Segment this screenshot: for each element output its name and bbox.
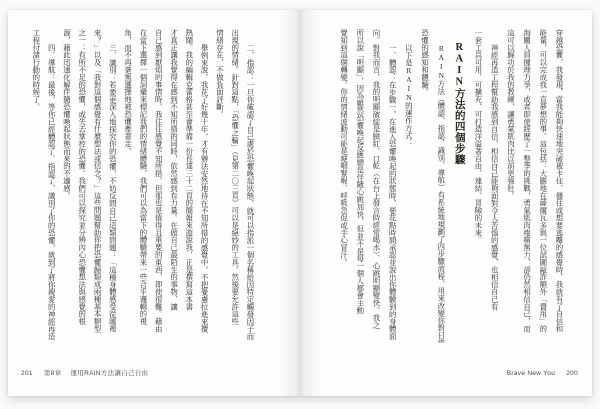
text-column: 海關人員據理力爭，或者即使經歷了一整季的挑戰，勇氣肌肉痠痛無力，卻仍然相信自己，… <box>518 29 534 343</box>
text-column: 四、導航：最後，等你已經體認了、指認了、識別了你的恐懼，就到了將你親愛的神經再造 <box>44 29 59 343</box>
text-column: 覺知到這個轉變。你的情緒波動可能是哽咽緊喉、呼吸急促或手心冒汗。 <box>335 29 351 343</box>
text-column: 來？」以及「我對這個感覺有什麼想法或信念？」這些問題幫助你把恐懼歸類成兩種基本類… <box>90 29 105 343</box>
text-column: 源，藉此迅速化解伴隨恐懼喚起狀態而來的不適感。 <box>59 29 74 343</box>
text-column: 三、識別：若要更深入地探究你的恐懼，不妨反問自己這類問題：「這種身體感受從哪裡 <box>105 29 120 343</box>
text-column: 二、指認：一旦你確認了自己處於恐懼喚起狀態，就可以指派一個名稱給因特定觸發因子而 <box>243 29 258 343</box>
right-running-footer: Brave New You 200 <box>507 370 578 377</box>
book-title: Brave New You <box>507 370 555 377</box>
text-column: 以下是RAIN的運作方式： <box>400 29 416 343</box>
text-column: 之一：有所不足的恐懼，或失去掌控的恐懼。我們可以探究並分辨內心恐懼想法與感覺的根 <box>74 29 89 343</box>
chapter-label: 第8章 <box>44 368 62 377</box>
left-page: 二、指認：一旦你確認了自己處於恐懼喚起狀態，就可以指派一個名稱給因特定觸發因子而… <box>8 10 300 396</box>
text-column: 一套工具可用、可擴充，可打造洋溢著自由、連結、冒險的未來。 <box>470 29 486 343</box>
text-column: 在當下選擇一個詞彙來標記我們的情緒體驗，我們可以為當下的體驗帶來一些合乎邏輯的視 <box>136 29 151 343</box>
text-column: 所以說「明顯」，因為雖然恐懼喚起反應總是伴隨心跳加快，但並不是每一個人都會主動 <box>352 29 368 343</box>
text-column: 向。對我而言，我的明顯破綻是臉紅、口乾（在台上發言時經常喝水）、心跳明顯變快。我… <box>368 29 384 343</box>
left-running-footer: 201 第8章 運用RAIN方法讓自己自由 <box>21 368 148 377</box>
page-number: 200 <box>566 370 578 377</box>
text-column: 穿越恐懼，我發現，當我能夠快速地突破被卡住、僵住或想要逃離的感覺時，我就有了自信… <box>551 29 567 343</box>
text-column: 工程付諸行動的時候了。 <box>29 29 44 343</box>
text-column: 一、體認：在步驟一，在進入恐懼喚起的狀態時，要花點時間承認並說出你體驗到的身體面 <box>384 29 400 343</box>
text-column: 角，而不再毫無選擇地被恐懼牽著走。 <box>120 29 135 343</box>
chapter-title: 運用RAIN方法讓自己自由 <box>70 368 148 377</box>
book-photo: 穿越恐懼，我發現，當我能夠快速地突破被卡住、僵住或想要逃離的感覺時，我就有了自信… <box>0 0 600 409</box>
text-column: 舉例來說，我花了好幾十年，才有辦法安然地待在不知所措的感覺中，不把憂慮拉進來攪 <box>197 29 212 343</box>
text-column: 熱鬧。我的編輯克蕾格甚至會準備一份長達三十二頁的簡報來遊說我，正是撰寫這本書 <box>182 29 197 343</box>
text-column: 這可以歸功於我的教練，讓勇氣肌肉比以前更強壯。 <box>502 29 518 343</box>
left-page-text: 二、指認：一旦你確認了自己處於恐懼喚起狀態，就可以指派一個名稱給因特定觸發因子而… <box>29 29 258 343</box>
right-page-text: 穿越恐懼，我發現，當我能夠快速地突破被卡住、僵住或想要逃離的感覺時，我就有了自信… <box>335 29 567 343</box>
section-heading: RAIN方法的四個步驟 <box>449 29 470 343</box>
text-column: 自己感到厭煩的事情時，我往往感覺不知所措，但那也是值得且重要的東西，即使很難。藉… <box>151 29 166 343</box>
text-column: RAIN方法（體認、指認、識別、導航）有系統地規劃了四步驟流程，用來改變你對日常 <box>433 29 449 343</box>
text-column: 恐懼的感知和體驗。 <box>416 29 432 343</box>
text-column: 神經再造工程幫助我感到自信，相信自己能夠面對令人苦惱的感覺，也相信自己有 <box>486 29 502 343</box>
right-page: 穿越恐懼，我發現，當我能夠快速地突破被卡住、僵住或想要逃離的感覺時，我就有了自信… <box>300 10 592 396</box>
book-spread: 穿越恐懼，我發現，當我能夠快速地突破被卡住、僵住或想要逃離的感覺時，我就有了自信… <box>8 10 592 396</box>
page-number: 201 <box>21 370 33 377</box>
text-column: 才真正讓我覺得在感到不知所措的同時，依然感到有力量。在做自己最陌生的事物、讓 <box>166 29 181 343</box>
text-column: 出現的情緒。針對這點，「恐懼之輪」（見第二〇三頁）可以是絕妙的工具。然後要允許這… <box>227 29 242 343</box>
text-column: 能量，可以完成我一直夢想的事。這包括：大膽地在薩爾瓦多與一位試圖敲詐額外「費用」… <box>535 29 551 343</box>
text-column: 情緒存在，不做負面評斷。 <box>212 29 227 343</box>
